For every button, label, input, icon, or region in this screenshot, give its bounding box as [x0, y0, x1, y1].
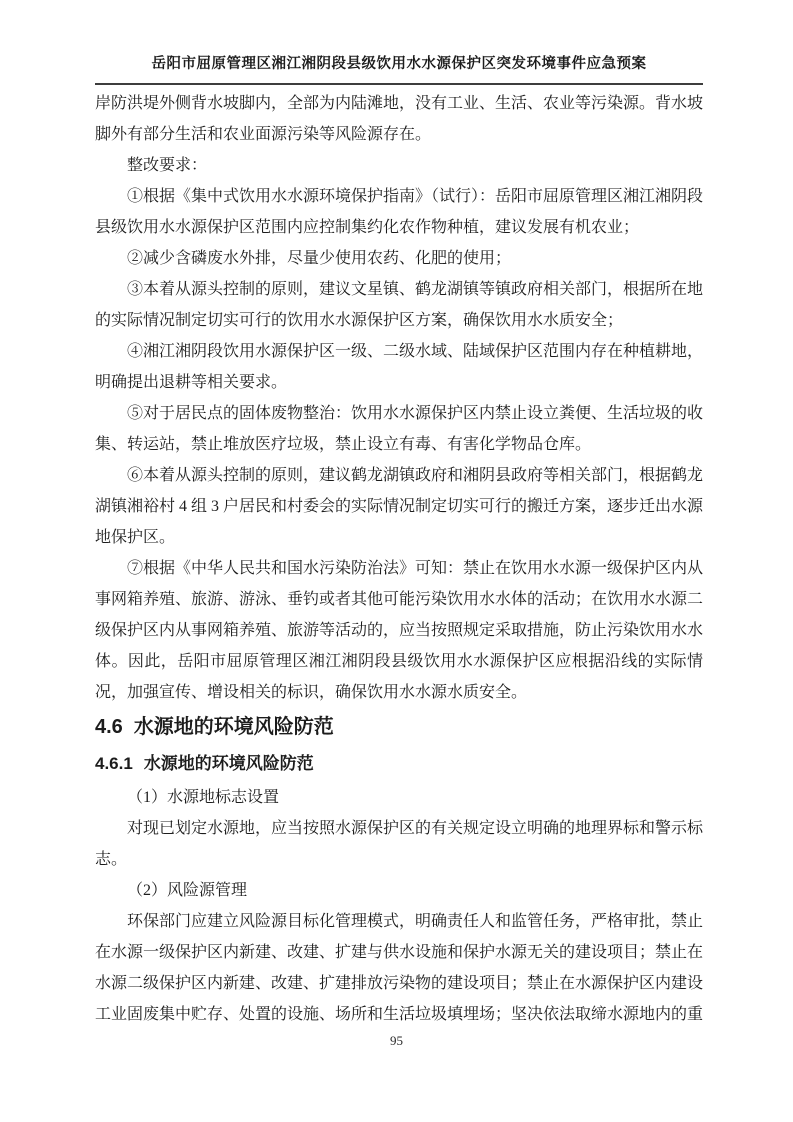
paragraph-rectification-label: 整改要求：: [95, 150, 703, 181]
document-page: 岳阳市屈原管理区湘江湘阴段县级饮用水水源保护区突发环境事件应急预案 岸防洪堤外侧…: [0, 0, 793, 1122]
paragraph-item-5: ⑤对于居民点的固体废物整治：饮用水水源保护区内禁止设立粪便、生活垃圾的收集、转运…: [95, 398, 703, 460]
section-number: 4.6: [95, 716, 123, 738]
paragraph-item-2: ②减少含磷废水外排，尽量少使用农药、化肥的使用；: [95, 243, 703, 274]
section-heading-4-6: 4.6水源地的环境风险防范: [95, 708, 703, 746]
paragraph-list-1-label: （1）水源地标志设置: [95, 782, 703, 813]
paragraph-list-1-body: 对现已划定水源地，应当按照水源保护区的有关规定设立明确的地理界标和警示标志。: [95, 813, 703, 875]
page-header: 岳阳市屈原管理区湘江湘阴段县级饮用水水源保护区突发环境事件应急预案: [95, 52, 703, 73]
paragraph-list-2-label: （2）风险源管理: [95, 875, 703, 906]
header-rule: [95, 83, 703, 85]
paragraph-continuation: 岸防洪堤外侧背水坡脚内，全部为内陆滩地，没有工业、生活、农业等污染源。背水坡脚外…: [95, 88, 703, 150]
paragraph-item-3: ③本着从源头控制的原则，建议文星镇、鹤龙湖镇等镇政府相关部门，根据所在地的实际情…: [95, 274, 703, 336]
subsection-title: 水源地的环境风险防范: [144, 754, 314, 773]
paragraph-list-2-body: 环保部门应建立风险源目标化管理模式，明确责任人和监管任务，严格审批，禁止在水源一…: [95, 906, 703, 1030]
paragraph-item-4: ④湘江湘阴段饮用水源保护区一级、二级水域、陆域保护区范围内存在种植耕地，明确提出…: [95, 336, 703, 398]
subsection-number: 4.6.1: [95, 754, 133, 773]
section-title: 水源地的环境风险防范: [134, 716, 334, 738]
paragraph-item-1: ①根据《集中式饮用水水源环境保护指南》（试行）：岳阳市屈原管理区湘江湘阴段县级饮…: [95, 181, 703, 243]
paragraph-item-6: ⑥本着从源头控制的原则，建议鹤龙湖镇政府和湘阴县政府等相关部门，根据鹤龙湖镇湘裕…: [95, 460, 703, 553]
paragraph-item-7: ⑦根据《中华人民共和国水污染防治法》可知：禁止在饮用水水源一级保护区内从事网箱养…: [95, 553, 703, 708]
document-body: 岸防洪堤外侧背水坡脚内，全部为内陆滩地，没有工业、生活、农业等污染源。背水坡脚外…: [95, 88, 703, 1030]
subsection-heading-4-6-1: 4.6.1水源地的环境风险防范: [95, 746, 703, 782]
page-footer: 95: [0, 1033, 793, 1049]
page-number: 95: [390, 1033, 403, 1048]
document-title: 岳阳市屈原管理区湘江湘阴段县级饮用水水源保护区突发环境事件应急预案: [95, 52, 703, 73]
